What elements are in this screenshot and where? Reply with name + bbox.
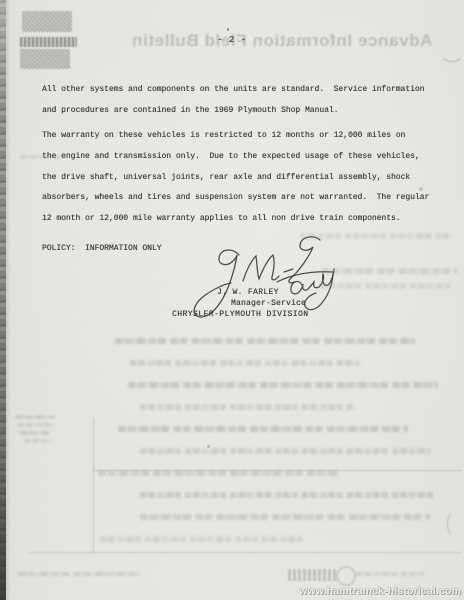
bleed-line	[320, 283, 450, 289]
body-paragraph-2: The warranty on these vehicles is restri…	[42, 126, 429, 230]
watermark: www.hamtramck-historical.com	[299, 585, 461, 597]
bleed-line	[100, 536, 305, 542]
bleed-logo-emblem	[336, 566, 356, 586]
bleed-line	[140, 492, 435, 498]
bleed-line	[322, 268, 457, 274]
bleed-margin-note	[18, 423, 54, 427]
stamp-bleed-middle	[20, 37, 77, 47]
bleed-line	[128, 382, 438, 388]
bleed-line	[356, 572, 426, 576]
bleed-table-vline	[93, 418, 94, 553]
bleed-margin-note	[24, 439, 52, 443]
scan-edge-shadow	[6, 0, 11, 600]
bleed-line	[130, 360, 360, 366]
signature-typed-title: Manager-Service	[231, 298, 306, 309]
body-paragraph-1: All other systems and components on the …	[42, 80, 424, 122]
bleed-logo-wordmark	[288, 569, 338, 581]
stamp-bleed-bottom	[20, 49, 70, 69]
paper-curl-mark-bottom	[447, 510, 464, 538]
bleed-line	[115, 338, 415, 344]
bleed-line	[140, 448, 430, 454]
bleed-line	[140, 404, 355, 410]
bleed-margin-note	[15, 415, 55, 419]
bleed-table-hline-bottom	[30, 552, 462, 553]
bleed-table-hline-top	[93, 470, 462, 471]
page-number: - 2 -	[196, 35, 268, 45]
bleed-line	[300, 233, 450, 239]
paper-curl-mark-top	[440, 42, 464, 62]
bleedthrough-title: Advance Information Field Bulletin	[106, 31, 458, 51]
policy-line: POLICY: INFORMATION ONLY	[42, 239, 162, 260]
stamp-bleed-top	[22, 11, 72, 32]
signature-typed-division: CHRYSLER-PLYMOUTH DIVISION	[172, 309, 309, 320]
paper-speck	[207, 445, 210, 448]
paper-speck	[419, 187, 423, 191]
bleed-line	[18, 572, 140, 576]
bleed-line	[20, 155, 62, 159]
bleed-margin-note	[20, 431, 50, 435]
scanned-bulletin-page: Advance Information Field Bulletin - 2 -…	[0, 0, 464, 600]
ink-speck	[227, 28, 229, 31]
bleed-line	[140, 514, 430, 520]
signature-typed-name: J. W. FARLEY	[217, 287, 279, 298]
bleed-line	[118, 426, 408, 432]
